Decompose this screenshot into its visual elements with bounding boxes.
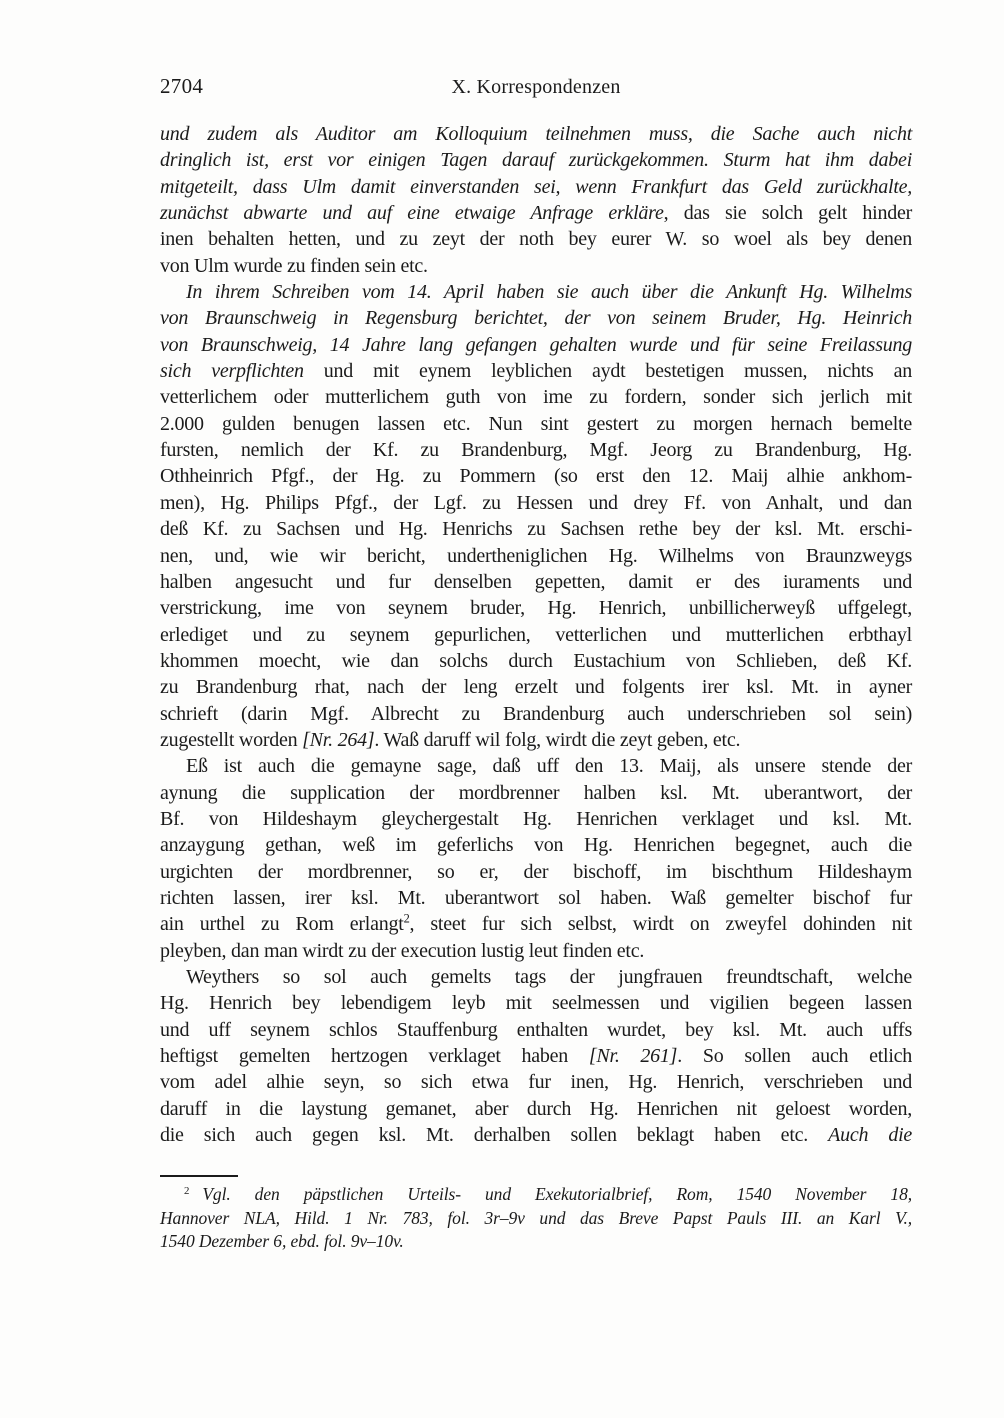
text-line: richten lassen, irer ksl. Mt. uberantwor… (160, 885, 912, 911)
text-segment: Auch die (828, 1124, 912, 1146)
text-line: Hannover NLA, Hild. 1 Nr. 783, fol. 3r–9… (160, 1207, 912, 1231)
text-segment: khommen moecht, wie dan solchs durch Eus… (160, 650, 912, 672)
text-line: die sich auch gegen ksl. Mt. derhalben s… (160, 1122, 912, 1148)
text-segment: inen behalten hetten, und zu zeyt der no… (160, 228, 912, 250)
text-line: halben angesucht und fur denselben gepet… (160, 569, 912, 595)
text-segment: , das sie solch gelt hinder (664, 202, 912, 224)
text-segment: von Braunschweig, 14 Jahre lang gefangen… (160, 334, 912, 356)
text-segment: . So sollen auch etlich (677, 1045, 912, 1067)
text-line: Bf. von Hildeshaym gleychergestalt Hg. H… (160, 806, 912, 832)
text-segment: verstrickung, ime von seynem bruder, Hg.… (160, 597, 912, 619)
text-line: Hg. Henrich bey lebendigem leyb mit seel… (160, 990, 912, 1016)
text-line: ain urthel zu Rom erlangt2, steet fur si… (160, 911, 912, 937)
page-number: 2704 (160, 74, 203, 98)
text-line: dringlich ist, erst vor einigen Tagen da… (160, 147, 912, 173)
text-line: sich verpflichten und mit eynem leyblich… (160, 358, 912, 384)
text-line: verstrickung, ime von seynem bruder, Hg.… (160, 595, 912, 621)
text-line: mitgeteilt, dass Ulm damit einverstanden… (160, 174, 912, 200)
text-segment: urgichten der mordbrenner, so er, der bi… (160, 861, 912, 883)
text-segment: Hannover NLA, Hild. 1 Nr. 783, fol. 3r–9… (160, 1208, 912, 1228)
text-segment: Bf. von Hildeshaym gleychergestalt Hg. H… (160, 808, 912, 830)
paragraph: 2Vgl. den päpstlichen Urteils- und Exeku… (160, 1183, 912, 1254)
text-line: khommen moecht, wie dan solchs durch Eus… (160, 648, 912, 674)
text-line: erlediget und zu seynem gepurlichen, vet… (160, 622, 912, 648)
text-line: deß Kf. zu Sachsen und Hg. Henrichs zu S… (160, 516, 912, 542)
page-header: 2704 X. Korrespondenzen (160, 0, 912, 102)
text-segment: vom adel alhie seyn, so sich etwa fur in… (160, 1071, 912, 1093)
paragraph: und zudem als Auditor am Kolloquium teil… (160, 121, 912, 279)
footnote-separator (160, 1175, 238, 1177)
text-segment: fursten, nemlich der Kf. zu Brandenburg,… (160, 439, 912, 461)
running-head: X. Korrespondenzen (451, 76, 620, 99)
footnote: 2Vgl. den päpstlichen Urteils- und Exeku… (160, 1183, 912, 1254)
text-line: schrieft (darin Mgf. Albrecht zu Branden… (160, 701, 912, 727)
paragraph: In ihrem Schreiben vom 14. April haben s… (160, 279, 912, 753)
body-text: und zudem als Auditor am Kolloquium teil… (160, 121, 912, 1148)
text-segment: mitgeteilt, dass Ulm damit einverstanden… (160, 176, 912, 198)
text-line: Eß ist auch die gemayne sage, daß uff de… (160, 753, 912, 779)
text-line: von Ulm wurde zu finden sein etc. (160, 253, 912, 279)
text-segment: von Ulm wurde zu finden sein etc. (160, 255, 428, 277)
text-segment: daruff in die laystung gemanet, aber dur… (160, 1098, 912, 1120)
text-segment: 1540 Dezember 6, ebd. fol. 9v–10v. (160, 1231, 404, 1251)
text-segment: Eß ist auch die gemayne sage, daß uff de… (186, 755, 912, 777)
text-segment: pleyben, dan man wirdt zu der execution … (160, 940, 644, 962)
text-segment: Othheinrich Pfgf., der Hg. zu Pommern (s… (160, 465, 912, 487)
text-segment: aynung die supplication der mordbrenner … (160, 782, 912, 804)
text-line: fursten, nemlich der Kf. zu Brandenburg,… (160, 437, 912, 463)
text-segment: sich verpflichten (160, 360, 304, 382)
paragraph: Eß ist auch die gemayne sage, daß uff de… (160, 753, 912, 964)
text-line: vetterlichem oder mutterlichem guth von … (160, 384, 912, 410)
text-segment: 2.000 gulden benugen lassen etc. Nun sin… (160, 413, 912, 435)
text-line: aynung die supplication der mordbrenner … (160, 780, 912, 806)
text-line: inen behalten hetten, und zu zeyt der no… (160, 226, 912, 252)
text-segment: ain urthel zu Rom erlangt (160, 913, 404, 935)
text-line: 2.000 gulden benugen lassen etc. Nun sin… (160, 411, 912, 437)
text-line: zugestellt worden [Nr. 264]. Waß daruff … (160, 727, 912, 753)
text-line: zu Brandenburg rhat, nach der leng erzel… (160, 674, 912, 700)
text-line: In ihrem Schreiben vom 14. April haben s… (160, 279, 912, 305)
text-line: 2Vgl. den päpstlichen Urteils- und Exeku… (160, 1183, 912, 1207)
text-segment: zugestellt worden (160, 729, 302, 751)
text-line: vom adel alhie seyn, so sich etwa fur in… (160, 1069, 912, 1095)
text-segment: Hg. Henrich bey lebendigem leyb mit seel… (160, 992, 912, 1014)
text-segment: und uff seynem schlos Stauffenburg entha… (160, 1019, 912, 1041)
text-line: pleyben, dan man wirdt zu der execution … (160, 938, 912, 964)
text-line: und zudem als Auditor am Kolloquium teil… (160, 121, 912, 147)
text-line: men), Hg. Philips Pfgf., der Lgf. zu Hes… (160, 490, 912, 516)
text-segment: men), Hg. Philips Pfgf., der Lgf. zu Hes… (160, 492, 912, 514)
text-segment: deß Kf. zu Sachsen und Hg. Henrichs zu S… (160, 518, 912, 540)
text-segment: zu Brandenburg rhat, nach der leng erzel… (160, 676, 912, 698)
text-line: nen, und, wie wir bericht, underthenigli… (160, 543, 912, 569)
text-segment: [Nr. 264] (302, 729, 374, 751)
text-segment: In ihrem Schreiben vom 14. April haben s… (186, 281, 912, 303)
text-segment: [Nr. 261] (589, 1045, 677, 1067)
text-segment: , steet fur sich selbst, wirdt on zweyfe… (410, 913, 912, 935)
footnote-marker: 2 (184, 1185, 189, 1197)
text-segment: dringlich ist, erst vor einigen Tagen da… (160, 149, 912, 171)
text-segment: vetterlichem oder mutterlichem guth von … (160, 386, 912, 408)
text-line: von Braunschweig in Regensburg berichtet… (160, 305, 912, 331)
text-segment: Vgl. den päpstlichen Urteils- und Exekut… (202, 1184, 912, 1204)
text-segment: die sich auch gegen ksl. Mt. derhalben s… (160, 1124, 828, 1146)
text-segment: nen, und, wie wir bericht, underthenigli… (160, 545, 912, 567)
text-segment: schrieft (darin Mgf. Albrecht zu Branden… (160, 703, 912, 725)
text-segment: . Waß daruff wil folg, wirdt die zeyt ge… (374, 729, 740, 751)
text-segment: anzaygung gethan, weß im geferlichs von … (160, 834, 912, 856)
text-segment: richten lassen, irer ksl. Mt. uberantwor… (160, 887, 912, 909)
text-line: zunächst abwarte und auf eine etwaige An… (160, 200, 912, 226)
text-line: Weythers so sol auch gemelts tags der ju… (160, 964, 912, 990)
text-line: heftigst gemelten hertzogen verklaget ha… (160, 1043, 912, 1069)
text-segment: Weythers so sol auch gemelts tags der ju… (186, 966, 912, 988)
text-segment: heftigst gemelten hertzogen verklaget ha… (160, 1045, 589, 1067)
text-line: Othheinrich Pfgf., der Hg. zu Pommern (s… (160, 463, 912, 489)
text-segment: von Braunschweig in Regensburg berichtet… (160, 307, 912, 329)
text-segment: und mit eynem leyblichen aydt bestetigen… (304, 360, 912, 382)
text-line: daruff in die laystung gemanet, aber dur… (160, 1096, 912, 1122)
text-segment: zunächst abwarte und auf eine etwaige An… (160, 202, 664, 224)
paragraph: Weythers so sol auch gemelts tags der ju… (160, 964, 912, 1148)
text-segment: halben angesucht und fur denselben gepet… (160, 571, 912, 593)
book-page: 2704 X. Korrespondenzen und zudem als Au… (0, 0, 1004, 1418)
text-line: anzaygung gethan, weß im geferlichs von … (160, 832, 912, 858)
text-segment: erlediget und zu seynem gepurlichen, vet… (160, 624, 912, 646)
text-line: 1540 Dezember 6, ebd. fol. 9v–10v. (160, 1230, 912, 1254)
text-line: urgichten der mordbrenner, so er, der bi… (160, 859, 912, 885)
text-line: und uff seynem schlos Stauffenburg entha… (160, 1017, 912, 1043)
text-column: 2704 X. Korrespondenzen und zudem als Au… (160, 0, 912, 1254)
text-segment: und zudem als Auditor am Kolloquium teil… (160, 123, 912, 145)
text-line: von Braunschweig, 14 Jahre lang gefangen… (160, 332, 912, 358)
